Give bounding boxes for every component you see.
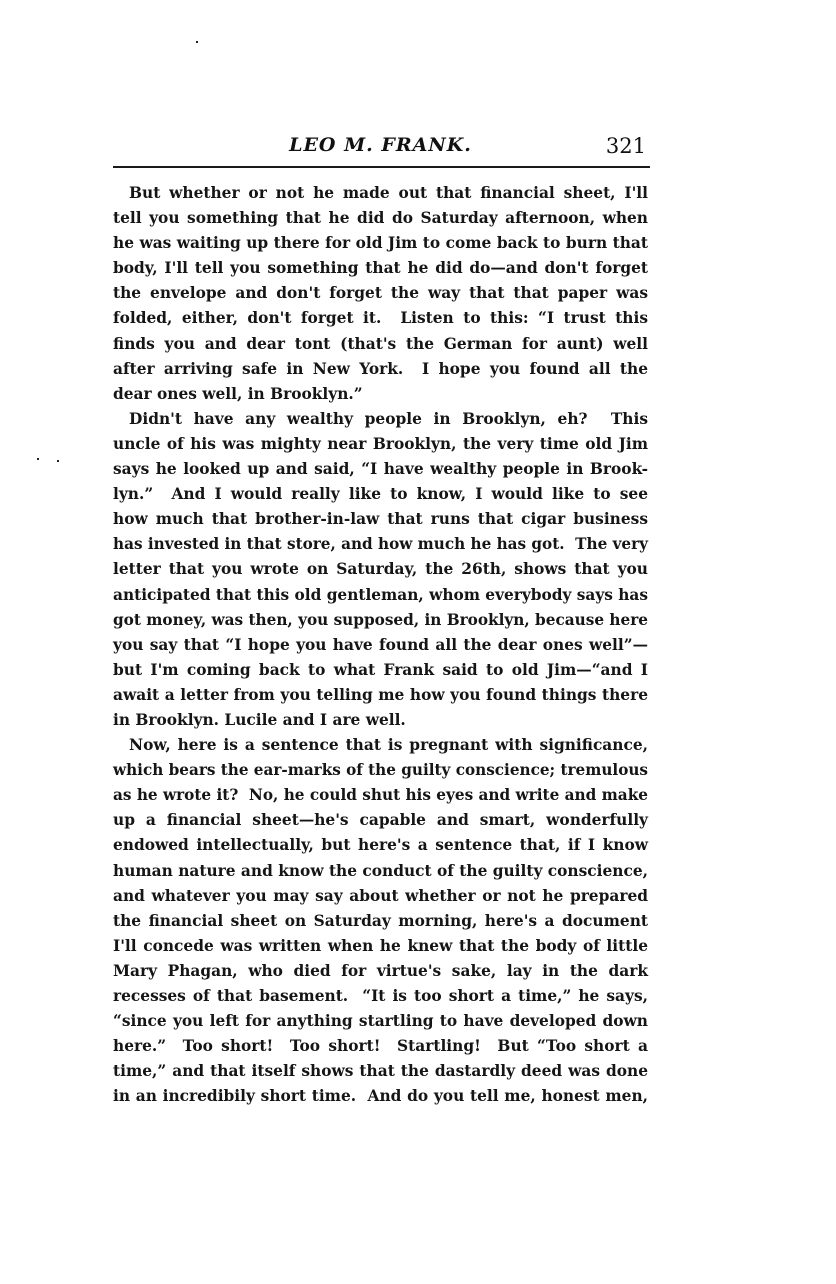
text-line: the envelope and don't forget the way th… bbox=[113, 281, 648, 306]
text-line: recesses of that basement. “It is too sh… bbox=[113, 984, 648, 1009]
text-line: says he looked up and said, “I have weal… bbox=[113, 457, 648, 482]
text-line: Mary Phagan, who died for virtue's sake,… bbox=[113, 959, 648, 984]
text-line: you say that “I hope you have found all … bbox=[113, 633, 648, 658]
text-line: finds you and dear tont (that's the Germ… bbox=[113, 332, 648, 357]
text-line: time,” and that itself shows that the da… bbox=[113, 1059, 648, 1084]
text-line: Didn't have any wealthy people in Brookl… bbox=[113, 407, 648, 432]
text-line: human nature and know the conduct of the… bbox=[113, 859, 648, 884]
text-line: up a financial sheet—he's capable and sm… bbox=[113, 808, 648, 833]
scan-speck bbox=[57, 460, 59, 462]
page-header: LEO M. FRANK. 321 bbox=[113, 134, 648, 164]
text-line: lyn.” And I would really like to know, I… bbox=[113, 482, 648, 507]
text-line: and whatever you may say about whether o… bbox=[113, 884, 648, 909]
text-line: I'll concede was written when he knew th… bbox=[113, 934, 648, 959]
text-line: folded, either, don't forget it. Listen … bbox=[113, 306, 648, 331]
text-line: he was waiting up there for old Jim to c… bbox=[113, 231, 648, 256]
text-line: await a letter from you telling me how y… bbox=[113, 683, 648, 708]
text-line: “since you left for anything startling t… bbox=[113, 1009, 648, 1034]
text-line: which bears the ear-marks of the guilty … bbox=[113, 758, 648, 783]
header-rule bbox=[113, 166, 650, 168]
text-line: here.” Too short! Too short! Startling! … bbox=[113, 1034, 648, 1059]
text-line: uncle of his was mighty near Brooklyn, t… bbox=[113, 432, 648, 457]
text-line: dear ones well, in Brooklyn.” bbox=[113, 382, 648, 407]
text-line: but I'm coming back to what Frank said t… bbox=[113, 658, 648, 683]
text-line: in Brooklyn. Lucile and I are well. bbox=[113, 708, 648, 733]
book-page: LEO M. FRANK. 321 But whether or not he … bbox=[0, 0, 836, 1284]
scan-speck bbox=[37, 458, 39, 460]
text-line: But whether or not he made out that fina… bbox=[113, 181, 648, 206]
text-line: has invested in that store, and how much… bbox=[113, 532, 648, 557]
text-line: got money, was then, you supposed, in Br… bbox=[113, 608, 648, 633]
text-line: after arriving safe in New York. I hope … bbox=[113, 357, 648, 382]
text-line: anticipated that this old gentleman, who… bbox=[113, 583, 648, 608]
text-line: letter that you wrote on Saturday, the 2… bbox=[113, 557, 648, 582]
text-line: endowed intellectually, but here's a sen… bbox=[113, 833, 648, 858]
page-number: 321 bbox=[606, 134, 646, 158]
text-line: in an incredibily short time. And do you… bbox=[113, 1084, 648, 1109]
text-line: body, I'll tell you something that he di… bbox=[113, 256, 648, 281]
running-title: LEO M. FRANK. bbox=[113, 134, 648, 156]
text-line: Now, here is a sentence that is pregnant… bbox=[113, 733, 648, 758]
scan-speck bbox=[196, 41, 198, 43]
text-line: tell you something that he did do Saturd… bbox=[113, 206, 648, 231]
body-text: But whether or not he made out that fina… bbox=[113, 181, 648, 1109]
text-line: how much that brother-in-law that runs t… bbox=[113, 507, 648, 532]
text-line: as he wrote it? No, he could shut his ey… bbox=[113, 783, 648, 808]
text-line: the financial sheet on Saturday morning,… bbox=[113, 909, 648, 934]
